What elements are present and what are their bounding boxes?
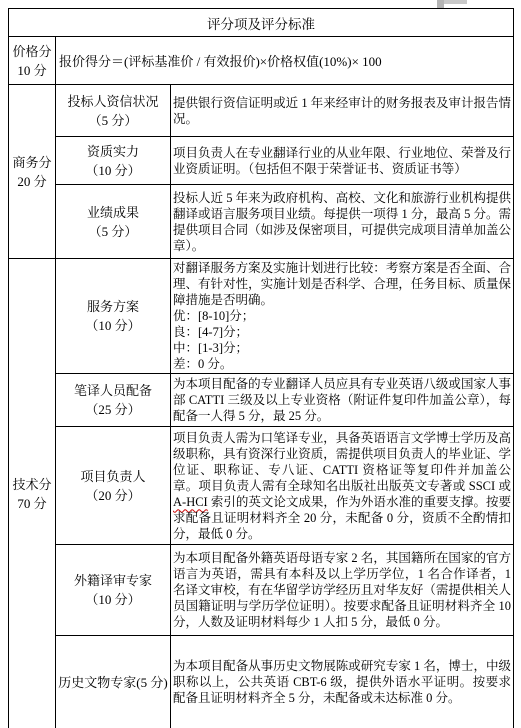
row-score: （5 分） — [57, 222, 169, 241]
price-formula-cell: 报价得分＝(评标基准价 / 有效报价)×价格权值(10%)× 100 — [56, 37, 514, 85]
performance-desc-cell: 投标人近 5 年来为政府机构、高校、文化和旅游行业机构提供翻译或语言服务项目业绩… — [171, 185, 514, 259]
table-title: 评分项及评分标准 — [9, 9, 514, 37]
row-name: 笔译人员配备 — [57, 381, 169, 400]
credit-status-desc-cell: 提供银行资信证明或近 1 年来经审计的财务报表及审计报告情况。 — [171, 85, 514, 137]
performance-name-cell: 业绩成果 （5 分） — [56, 185, 171, 259]
translators-desc-cell: 为本项目配备的专业翻译人员应具有专业英语八级或国家人事部 CATTI 三级及以上… — [171, 374, 514, 427]
grade-poor: 差：0 分。 — [173, 356, 511, 372]
row-name: 项目负责人 — [57, 467, 169, 486]
row-name: 资质实力 — [57, 142, 169, 161]
service-plan-desc-cell: 对翻译服务方案及实施计划进行比较：考察方案是否全面、合理、有针对性，实施计划是否… — [171, 259, 514, 374]
translators-name-cell: 笔译人员配备 （25 分） — [56, 374, 171, 427]
history-expert-desc-cell: 为本项目配备从事历史文物展陈或研究专家 1 名，博士，中级职称以上，公共英语 C… — [171, 636, 514, 728]
tech-category-label: 技术分 — [9, 475, 55, 494]
grade-good: 良：[4-7]分； — [173, 324, 511, 340]
scoring-criteria-table: 评分项及评分标准 价格分 10 分 报价得分＝(评标基准价 / 有效报价)×价格… — [8, 8, 514, 728]
qualification-desc-cell: 项目负责人在专业翻译行业的从业年限、行业地位、荣誉及行业资质证明。（包括但不限于… — [171, 137, 514, 185]
row-name: 业绩成果 — [57, 203, 169, 222]
row-score: （10 分） — [57, 590, 169, 609]
history-expert-name-cell: 历史文物专家(5 分) — [56, 636, 171, 728]
grade-medium: 中：[1-3]分； — [173, 340, 511, 356]
row-name: 服务方案 — [57, 297, 169, 316]
row-score: （5 分） — [57, 111, 169, 130]
row-score: （10 分） — [57, 161, 169, 180]
row-score: （25 分） — [57, 400, 169, 419]
row-score: （20 分） — [57, 486, 169, 505]
grade-excellent: 优：[8-10]分； — [173, 308, 511, 324]
leader-desc-part2: 索引的英文论文成果，作为外语水准的重要支撑。按要求配备且证明材料齐全 20 分，… — [173, 495, 511, 541]
service-plan-paragraph: 对翻译服务方案及实施计划进行比较：考察方案是否全面、合理、有针对性，实施计划是否… — [173, 260, 511, 308]
foreign-experts-desc-cell: 为本项目配备外籍英语母语专家 2 名，其国籍所在国家的官方语言为英语，需具有本科… — [171, 545, 514, 636]
business-category-cell: 商务分 20 分 — [9, 85, 56, 259]
price-category-cell: 价格分 10 分 — [9, 37, 56, 85]
business-category-label: 商务分 — [9, 153, 55, 172]
row-name: 外籍译审专家 — [57, 571, 169, 590]
credit-status-name-cell: 投标人资信状况 （5 分） — [56, 85, 171, 137]
project-leader-name-cell: 项目负责人 （20 分） — [56, 427, 171, 545]
window-edge-artifact-stub — [437, 0, 444, 8]
spellcheck-flagged-term: A-HCI — [173, 495, 208, 509]
row-name: 历史文物专家(5 分) — [57, 673, 169, 692]
tech-category-cell: 技术分 70 分 — [9, 259, 56, 728]
price-category-points: 10 分 — [9, 61, 55, 80]
business-category-points: 20 分 — [9, 172, 55, 191]
project-leader-desc-cell: 项目负责人需为口笔译专业，具备英语语言文学博士学历及高级职称，具有资深行业资质，… — [171, 427, 514, 545]
qualification-name-cell: 资质实力 （10 分） — [56, 137, 171, 185]
tech-category-points: 70 分 — [9, 494, 55, 513]
row-score: （10 分） — [57, 316, 169, 335]
price-category-label: 价格分 — [9, 42, 55, 61]
document-page: { "table": { "title": "评分项及评分标准", "price… — [0, 0, 521, 728]
leader-desc-part1: 项目负责人需为口笔译专业，具备英语语言文学博士学历及高级职称，具有资深行业资质，… — [173, 431, 511, 493]
service-plan-name-cell: 服务方案 （10 分） — [56, 259, 171, 374]
foreign-experts-name-cell: 外籍译审专家 （10 分） — [56, 545, 171, 636]
row-name: 投标人资信状况 — [57, 92, 169, 111]
